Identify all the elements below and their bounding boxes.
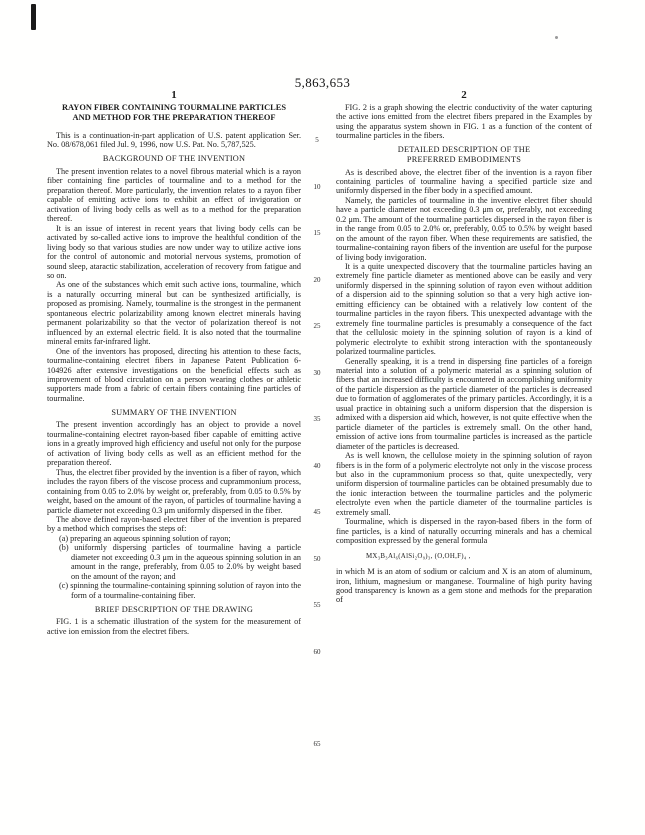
paragraph-detailed-3: It is a quite unexpected discovery that … [336, 262, 592, 357]
patent-document-page: 5,863,653 5 10 15 20 25 30 35 40 45 50 5… [0, 0, 645, 835]
paragraph-fig1-description: FIG. 1 is a schematic illustration of th… [47, 617, 301, 636]
line-number: 50 [303, 555, 331, 563]
paragraph-background-1: The present invention relates to a novel… [47, 167, 301, 224]
scan-artifact-speck [555, 36, 558, 39]
heading-background: BACKGROUND OF THE INVENTION [47, 154, 301, 164]
paragraph-background-4: One of the inventors has proposed, direc… [47, 347, 301, 404]
column-1-number: 1 [47, 89, 301, 101]
paragraph-detailed-6: Tourmaline, which is dispersed in the ra… [336, 517, 592, 545]
paragraph-background-3: As one of the substances which emit such… [47, 280, 301, 346]
method-step-b: (b) uniformly dispersing particles of to… [71, 543, 301, 581]
scan-artifact-mark [31, 4, 36, 30]
method-step-a: (a) preparing an aqueous spinning soluti… [71, 534, 301, 543]
line-number: 60 [303, 648, 331, 656]
paragraph-fig2-description: FIG. 2 is a graph showing the electric c… [336, 103, 592, 141]
line-number: 15 [303, 229, 331, 237]
line-number: 10 [303, 183, 331, 191]
method-step-c: (c) spinning the tourmaline-containing s… [71, 581, 301, 600]
column-2-number: 2 [336, 89, 592, 101]
paragraph-detailed-2: Namely, the particles of tourmaline in t… [336, 196, 592, 262]
line-number: 35 [303, 415, 331, 423]
heading-summary: SUMMARY OF THE INVENTION [47, 408, 301, 418]
paragraph-summary-1: The present invention accordingly has an… [47, 420, 301, 467]
line-number: 45 [303, 508, 331, 516]
paragraph-background-2: It is an issue of interest in recent yea… [47, 224, 301, 281]
column-1: 1 RAYON FIBER CONTAINING TOURMALINE PART… [47, 89, 301, 636]
paragraph-summary-2: Thus, the electret fiber provided by the… [47, 468, 301, 515]
heading-detailed-description: DETAILED DESCRIPTION OF THE PREFERRED EM… [375, 145, 553, 164]
line-number: 40 [303, 462, 331, 470]
paragraph-detailed-5: As is well known, the cellulose moiety i… [336, 451, 592, 517]
line-number: 20 [303, 276, 331, 284]
paragraph-detailed-1: As is described above, the electret fibe… [336, 168, 592, 196]
line-number: 25 [303, 322, 331, 330]
chemical-formula: MX₃B₃Al₆(AlSi₂O₉)₃, (O,OH,F)₄ , [366, 552, 592, 561]
line-number-gutter: 5 10 15 20 25 30 35 40 45 50 55 60 65 [303, 0, 331, 835]
paragraph-continuation-notice: This is a continuation-in-part applicati… [47, 131, 301, 150]
paragraph-summary-3: The above defined rayon-based electret f… [47, 515, 301, 534]
line-number: 65 [303, 740, 331, 748]
line-number: 30 [303, 369, 331, 377]
line-number: 5 [303, 136, 331, 144]
heading-brief-description: BRIEF DESCRIPTION OF THE DRAWING [47, 605, 301, 615]
paragraph-detailed-7: in which M is an atom of sodium or calci… [336, 567, 592, 605]
paragraph-detailed-4: Generally speaking, it is a trend in dis… [336, 357, 592, 452]
invention-title: RAYON FIBER CONTAINING TOURMALINE PARTIC… [57, 103, 291, 123]
column-2: 2 FIG. 2 is a graph showing the electric… [336, 89, 592, 605]
line-number: 55 [303, 601, 331, 609]
